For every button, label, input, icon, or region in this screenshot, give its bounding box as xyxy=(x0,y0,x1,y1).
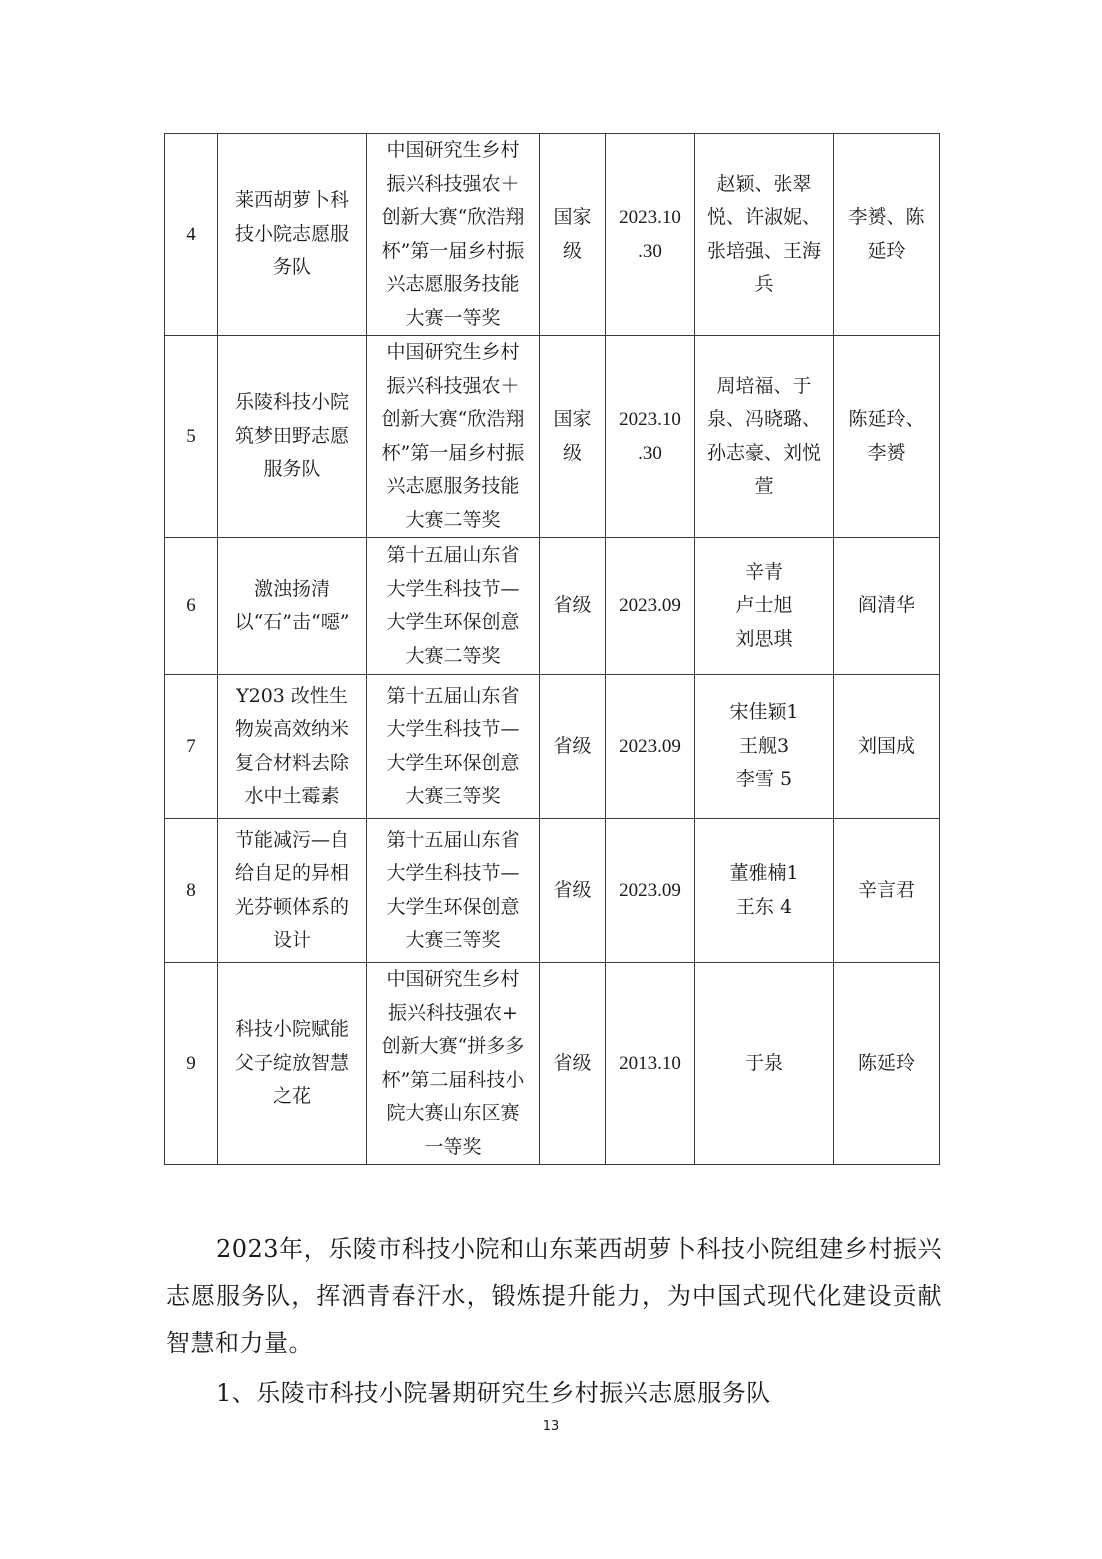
award-name: 中国研究生乡村 振兴科技强农＋ 创新大赛“欣浩翔 杯”第一届乡村振 兴志愿服务技… xyxy=(367,336,540,538)
page-number: 13 xyxy=(0,1419,1102,1434)
project-name: 乐陵科技小院 筑梦田野志愿 服务队 xyxy=(218,336,367,538)
project-name: 节能减污—自 给自足的异相 光芬顿体系的 设计 xyxy=(218,819,367,963)
team-members: 辛青 卢士旭 刘思琪 xyxy=(695,538,834,675)
award-level: 省级 xyxy=(540,819,606,963)
project-name: 科技小院赋能 父子绽放智慧 之花 xyxy=(218,963,367,1165)
award-name: 第十五届山东省 大学生科技节— 大学生环保创意 大赛三等奖 xyxy=(367,675,540,819)
award-date: 2023.09 xyxy=(606,819,695,963)
project-name: 莱西胡萝卜科 技小院志愿服 务队 xyxy=(218,134,367,336)
table-row: 8 节能减污—自 给自足的异相 光芬顿体系的 设计 第十五届山东省 大学生科技节… xyxy=(165,819,940,963)
advisor: 李赟、陈 延玲 xyxy=(834,134,940,336)
award-date: 2013.10 xyxy=(606,963,695,1165)
row-number: 9 xyxy=(165,963,218,1165)
award-date: 2023.09 xyxy=(606,675,695,819)
row-number: 7 xyxy=(165,675,218,819)
award-level: 国家 级 xyxy=(540,336,606,538)
advisor: 陈延玲 xyxy=(834,963,940,1165)
team-members: 周培福、于 泉、冯晓璐、 孙志豪、刘悦 萱 xyxy=(695,336,834,538)
award-level: 省级 xyxy=(540,675,606,819)
document-page: 4 莱西胡萝卜科 技小院志愿服 务队 中国研究生乡村 振兴科技强农＋ 创新大赛“… xyxy=(0,0,1102,1559)
section-heading: 1、乐陵市科技小院暑期研究生乡村振兴志愿服务队 xyxy=(216,1370,992,1417)
award-level: 国家 级 xyxy=(540,134,606,336)
team-members: 宋佳颖1 王舰3 李雪 5 xyxy=(695,675,834,819)
body-paragraph: 2023年，乐陵市科技小院和山东莱西胡萝卜科技小院组建乡村振兴志愿服务队，挥洒青… xyxy=(166,1226,942,1367)
advisor: 刘国成 xyxy=(834,675,940,819)
award-name: 第十五届山东省 大学生科技节— 大学生环保创意 大赛三等奖 xyxy=(367,819,540,963)
advisor: 阎清华 xyxy=(834,538,940,675)
award-date: 2023.09 xyxy=(606,538,695,675)
award-date: 2023.10 .30 xyxy=(606,134,695,336)
advisor: 陈延玲、 李赟 xyxy=(834,336,940,538)
award-date: 2023.10 .30 xyxy=(606,336,695,538)
award-level: 省级 xyxy=(540,963,606,1165)
team-members: 赵颖、张翠 悦、许淑妮、 张培强、王海 兵 xyxy=(695,134,834,336)
project-name: 激浊扬清 以“石”击“噁” xyxy=(218,538,367,675)
table-row: 9 科技小院赋能 父子绽放智慧 之花 中国研究生乡村 振兴科技强农+ 创新大赛“… xyxy=(165,963,940,1165)
table-row: 7 Y203 改性生 物炭高效纳米 复合材料去除 水中土霉素 第十五届山东省 大… xyxy=(165,675,940,819)
row-number: 8 xyxy=(165,819,218,963)
award-name: 第十五届山东省 大学生科技节— 大学生环保创意 大赛二等奖 xyxy=(367,538,540,675)
advisor: 辛言君 xyxy=(834,819,940,963)
award-level: 省级 xyxy=(540,538,606,675)
table-row: 4 莱西胡萝卜科 技小院志愿服 务队 中国研究生乡村 振兴科技强农＋ 创新大赛“… xyxy=(165,134,940,336)
awards-table: 4 莱西胡萝卜科 技小院志愿服 务队 中国研究生乡村 振兴科技强农＋ 创新大赛“… xyxy=(164,133,940,1165)
row-number: 6 xyxy=(165,538,218,675)
project-name: Y203 改性生 物炭高效纳米 复合材料去除 水中土霉素 xyxy=(218,675,367,819)
award-name: 中国研究生乡村 振兴科技强农＋ 创新大赛“欣浩翔 杯”第一届乡村振 兴志愿服务技… xyxy=(367,134,540,336)
team-members: 董雅楠1 王东 4 xyxy=(695,819,834,963)
row-number: 5 xyxy=(165,336,218,538)
table-row: 6 激浊扬清 以“石”击“噁” 第十五届山东省 大学生科技节— 大学生环保创意 … xyxy=(165,538,940,675)
team-members: 于泉 xyxy=(695,963,834,1165)
table-row: 5 乐陵科技小院 筑梦田野志愿 服务队 中国研究生乡村 振兴科技强农＋ 创新大赛… xyxy=(165,336,940,538)
row-number: 4 xyxy=(165,134,218,336)
award-name: 中国研究生乡村 振兴科技强农+ 创新大赛“拼多多 杯”第二届科技小 院大赛山东区… xyxy=(367,963,540,1165)
